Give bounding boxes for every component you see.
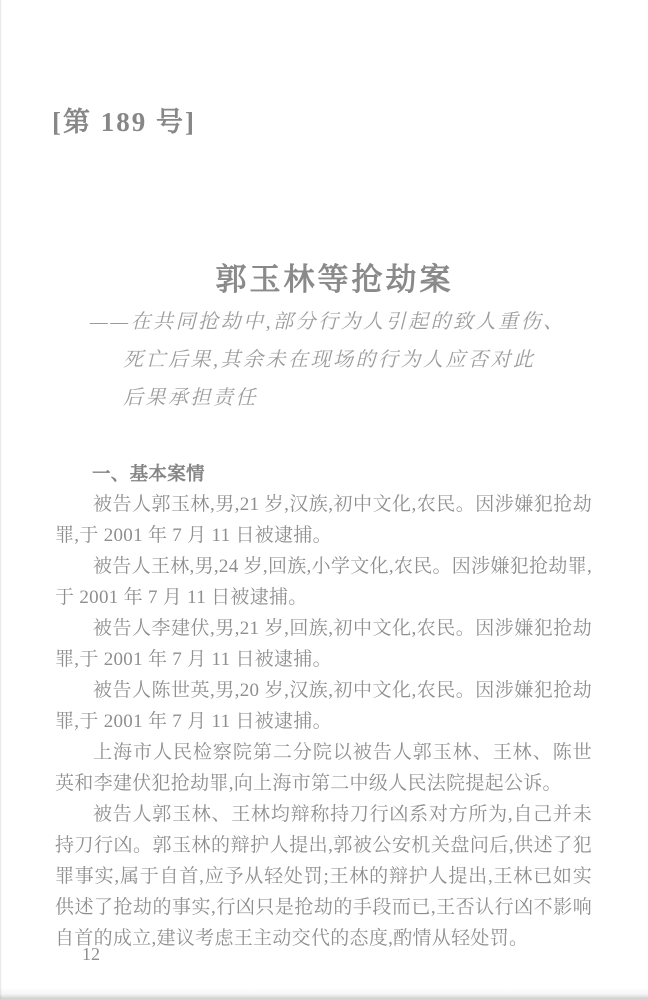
paragraph-defendant-guoyulin: 被告人郭玉林,男,21 岁,汉族,初中文化,农民。因涉嫌犯抢劫罪,于 2001 …	[55, 489, 592, 551]
case-title: 郭玉林等抢劫案	[66, 254, 603, 299]
case-subtitle: ——在共同抢劫中,部分行为人引起的致人重伤、 死亡后果,其余未在现场的行为人应否…	[90, 303, 570, 417]
subtitle-line-2: 死亡后果,其余未在现场的行为人应否对此	[123, 341, 570, 379]
case-body: 一、基本案情 被告人郭玉林,男,21 岁,汉族,初中文化,农民。因涉嫌犯抢劫罪,…	[55, 458, 592, 954]
page-number: 12	[82, 944, 100, 965]
paragraph-defendant-chenshiying: 被告人陈世英,男,20 岁,汉族,初中文化,农民。因涉嫌犯抢劫罪,于 2001 …	[55, 675, 592, 737]
subtitle-line-1: ——在共同抢劫中,部分行为人引起的致人重伤、	[90, 303, 570, 341]
subtitle-line-3: 后果承担责任	[123, 379, 570, 417]
document-page: [第 189 号] 郭玉林等抢劫案 ——在共同抢劫中,部分行为人引起的致人重伤、…	[0, 0, 648, 999]
case-number-label: [第 189 号]	[52, 100, 196, 139]
paragraph-prosecution: 上海市人民检察院第二分院以被告人郭玉林、王林、陈世英和李建伏犯抢劫罪,向上海市第…	[55, 737, 592, 799]
paragraph-defendant-lijianfu: 被告人李建伏,男,21 岁,回族,初中文化,农民。因涉嫌犯抢劫罪,于 2001 …	[55, 613, 592, 675]
scan-left-edge	[0, 0, 2, 999]
paragraph-defense-arguments: 被告人郭玉林、王林均辩称持刀行凶系对方所为,自己并未持刀行凶。郭玉林的辩护人提出…	[55, 799, 592, 954]
section-heading-basic-facts: 一、基本案情	[55, 458, 592, 489]
scan-bottom-shadow	[0, 988, 648, 999]
paragraph-defendant-wanglin: 被告人王林,男,24 岁,回族,小学文化,农民。因涉嫌犯抢劫罪,于 2001 年…	[55, 551, 592, 613]
